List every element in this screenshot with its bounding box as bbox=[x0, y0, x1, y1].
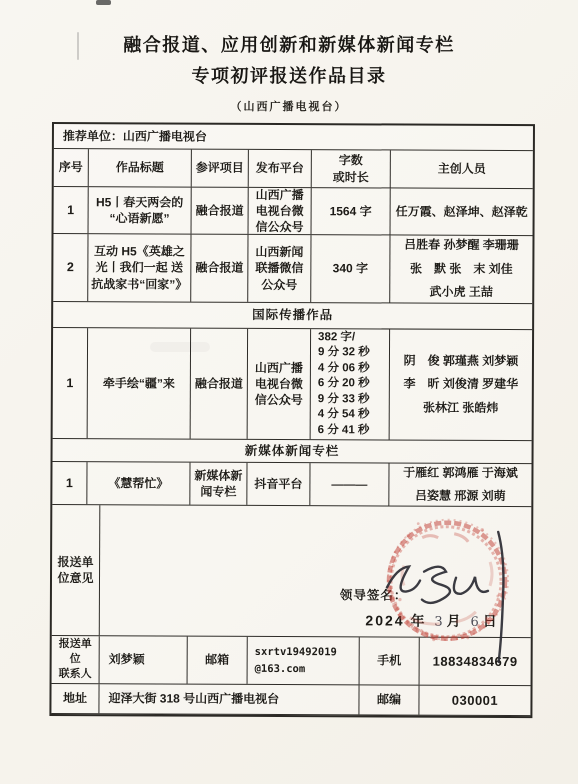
cell-platform: 抖音平台 bbox=[247, 463, 310, 505]
address-row: 地址 迎泽大街 318 号山西广播电视台 邮编 030001 bbox=[51, 684, 530, 716]
recommend-unit-text: 推荐单位：山西广播电视台 bbox=[54, 124, 533, 150]
opinion-label: 报送单 位意见 bbox=[52, 505, 101, 635]
email-label: 邮箱 bbox=[188, 637, 248, 684]
contact-row: 报送单位 联系人 刘梦颖 邮箱 sxrtv19492019 @163.com 手… bbox=[52, 636, 531, 686]
email-value: sxrtv19492019 @163.com bbox=[248, 637, 360, 684]
address-label: 地址 bbox=[51, 684, 99, 713]
cell-category: 融合报道 bbox=[192, 188, 249, 234]
phone-label: 手机 bbox=[360, 637, 420, 684]
date-month-handwritten: 3 bbox=[432, 615, 446, 630]
header-length: 字数 或时长 bbox=[312, 150, 391, 187]
table-row: 1 H5丨春天两会的 “心语新愿” 融合报道 山西广播 电视台微 信公众号 15… bbox=[54, 187, 533, 236]
document-subtitle: （山西广播电视台） bbox=[0, 98, 578, 114]
table-row: 1 《慧帮忙》 新媒体新 闻专栏 抖音平台 ——— 于雁红 郭鸿雁 于海斌 吕姿… bbox=[52, 462, 531, 507]
cell-title: 互动 H5《英雄之 光丨我们一起 送 抗战家书“回家”》 bbox=[88, 234, 191, 301]
cell-seq: 1 bbox=[52, 462, 87, 504]
section-title-international: 国际传播作品 bbox=[53, 302, 532, 329]
cell-title: 牵手绘“疆”来 bbox=[88, 328, 191, 438]
header-platform: 发布平台 bbox=[249, 150, 312, 187]
document-title-line2: 专项初评报送作品目录 bbox=[0, 61, 578, 92]
header-category: 参评项目 bbox=[192, 150, 249, 187]
opinion-date: 2024 年 3月 6日 bbox=[365, 612, 498, 632]
cell-title: H5丨春天两会的 “心语新愿” bbox=[89, 187, 192, 233]
table-header-row: 序号 作品标题 参评项目 发布平台 字数 或时长 主创人员 bbox=[54, 149, 533, 189]
submission-form-table: 推荐单位：山西广播电视台 序号 作品标题 参评项目 发布平台 字数 或时长 主创… bbox=[49, 122, 535, 718]
cell-length: 1564 字 bbox=[312, 188, 391, 234]
contact-label: 报送单位 联系人 bbox=[52, 636, 100, 683]
opinion-content-area: 领导签名： 2024 年 3月 6日 bbox=[100, 505, 532, 637]
date-month-unit: 月 bbox=[447, 613, 463, 629]
cell-seq: 2 bbox=[53, 234, 88, 301]
cell-category: 融合报道 bbox=[191, 329, 248, 439]
section-title-new-media: 新媒体新闻专栏 bbox=[53, 439, 532, 463]
cell-category: 新媒体新 闻专栏 bbox=[190, 463, 247, 505]
leader-signature-label: 领导签名： bbox=[340, 587, 408, 604]
table-row: 2 互动 H5《英雄之 光丨我们一起 送 抗战家书“回家”》 融合报道 山西新闻… bbox=[53, 234, 532, 304]
address-value: 迎泽大街 318 号山西广播电视台 bbox=[99, 684, 359, 714]
header-title: 作品标题 bbox=[89, 149, 192, 186]
cell-creators: 阴 俊 郭瑾燕 刘梦颖 李 昕 刘俊清 罗建华 张林江 张皓炜 bbox=[390, 329, 532, 440]
section-header-row: 国际传播作品 bbox=[53, 302, 532, 330]
phone-value: 18834834679 bbox=[420, 638, 531, 685]
cell-seq: 1 bbox=[54, 187, 89, 233]
cell-creators: 于雁红 郭鸿雁 于海斌 吕姿慧 邢源 刘萌 bbox=[389, 463, 531, 506]
cell-platform: 山西广播 电视台微 信公众号 bbox=[248, 329, 311, 439]
cell-title: 《慧帮忙》 bbox=[87, 462, 190, 504]
cell-length: 340 字 bbox=[311, 235, 390, 302]
contact-name: 刘梦颖 bbox=[100, 636, 188, 683]
postcode-label: 邮编 bbox=[359, 685, 419, 714]
cell-platform: 山西新闻 联播微信 公众号 bbox=[248, 235, 311, 302]
document-title-block: 融合报道、应用创新和新媒体新闻专栏 专项初评报送作品目录 （山西广播电视台） bbox=[0, 30, 578, 114]
cell-length: ——— bbox=[310, 463, 389, 505]
cell-platform: 山西广播 电视台微 信公众号 bbox=[249, 188, 312, 234]
cell-creators: 吕胜春 孙梦醒 李珊珊 张 默 张 末 刘佳 武小虎 王喆 bbox=[390, 235, 532, 303]
document-title-line1: 融合报道、应用创新和新媒体新闻专栏 bbox=[0, 30, 578, 61]
cell-creators: 任万霞、赵泽坤、赵泽乾 bbox=[391, 188, 533, 235]
cell-seq: 1 bbox=[53, 328, 88, 438]
date-day-handwritten: 6 bbox=[469, 615, 483, 630]
postcode-value: 030001 bbox=[419, 686, 530, 715]
opinion-row: 报送单 位意见 领导签名： 2024 年 3月 6日 bbox=[52, 505, 532, 638]
header-creators: 主创人员 bbox=[391, 150, 533, 188]
recommend-unit-row: 推荐单位：山西广播电视台 bbox=[54, 124, 533, 151]
cell-length: 382 字/ 9 分 32 秒 4 分 06 秒 6 分 20 秒 9 分 33… bbox=[311, 329, 390, 439]
cell-category: 融合报道 bbox=[191, 235, 248, 302]
table-row: 1 牵手绘“疆”来 融合报道 山西广播 电视台微 信公众号 382 字/ 9 分… bbox=[53, 328, 532, 441]
section-header-row: 新媒体新闻专栏 bbox=[53, 439, 532, 464]
scan-artifact-top bbox=[96, 0, 111, 5]
date-year: 2024 年 bbox=[365, 613, 426, 629]
date-day-unit: 日 bbox=[483, 613, 499, 629]
header-seq: 序号 bbox=[54, 149, 89, 186]
